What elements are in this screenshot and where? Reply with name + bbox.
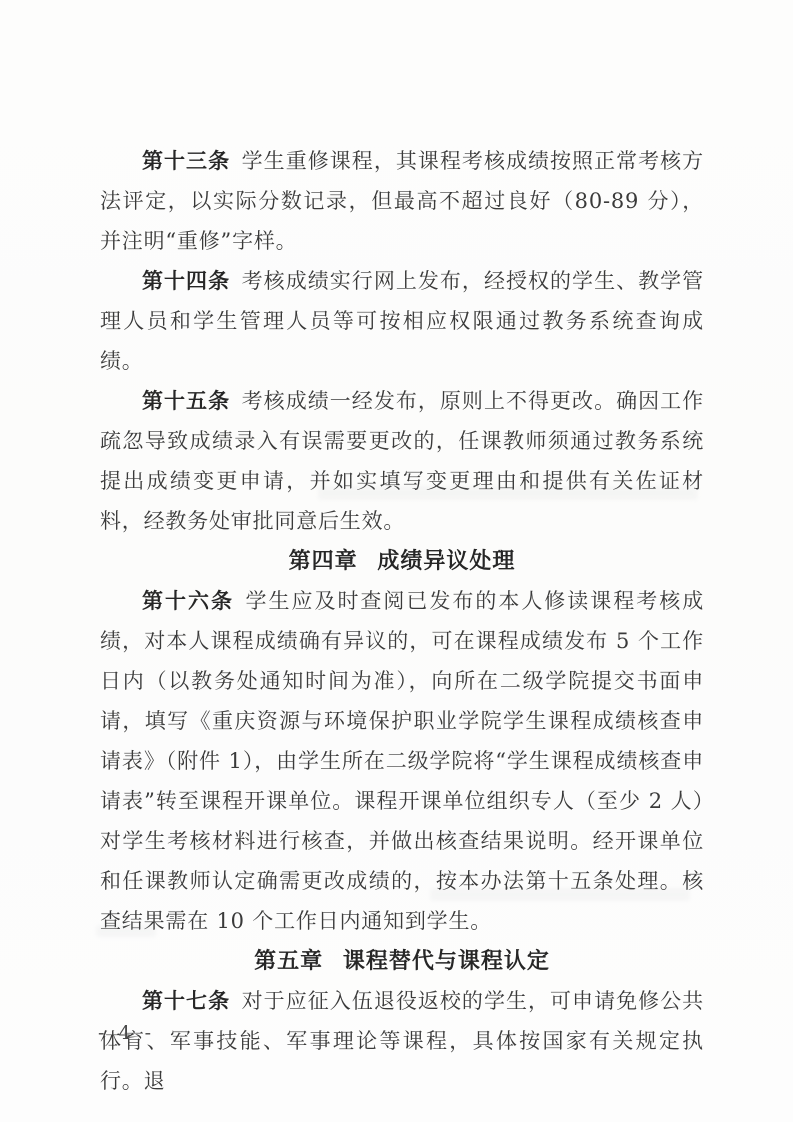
- document-page: 第十三条学生重修课程，其课程考核成绩按照正常考核方法评定，以实际分数记录，但最高…: [0, 0, 793, 1122]
- article-16-term: 第十六条: [142, 588, 234, 613]
- chapter-4-number: 第四章: [289, 548, 358, 573]
- page-content: 第十三条学生重修课程，其课程考核成绩按照正常考核方法评定，以实际分数记录，但最高…: [100, 141, 704, 1101]
- article-17: 第十七条对于应征入伍退役返校的学生，可申请免修公共体育、军事技能、军事理论等课程…: [100, 981, 704, 1101]
- article-16-body: 学生应及时查阅已发布的本人修读课程考核成绩，对本人课程成绩确有异议的，可在课程成…: [100, 589, 704, 933]
- chapter-4-title: 成绩异议处理: [377, 548, 515, 573]
- scan-bleedthrough-artifact: [96, 925, 156, 937]
- article-14-term: 第十四条: [142, 268, 230, 293]
- chapter-4-heading: 第四章成绩异议处理: [100, 541, 704, 581]
- scan-bleedthrough-artifact: [318, 486, 698, 500]
- article-15: 第十五条考核成绩一经发布，原则上不得更改。确因工作疏忽导致成绩录入有误需要更改的…: [100, 381, 704, 541]
- page-number: - 4 -: [98, 1022, 155, 1044]
- scan-bleedthrough-artifact: [430, 888, 690, 901]
- chapter-5-heading: 第五章课程替代与课程认定: [100, 941, 704, 981]
- chapter-5-title: 课程替代与课程认定: [343, 948, 550, 973]
- article-13: 第十三条学生重修课程，其课程考核成绩按照正常考核方法评定，以实际分数记录，但最高…: [100, 141, 704, 261]
- chapter-5-number: 第五章: [254, 948, 323, 973]
- article-15-term: 第十五条: [142, 388, 230, 413]
- article-14: 第十四条考核成绩实行网上发布，经授权的学生、教学管理人员和学生管理人员等可按相应…: [100, 261, 704, 381]
- article-17-term: 第十七条: [142, 988, 230, 1013]
- article-13-term: 第十三条: [142, 148, 230, 173]
- article-16: 第十六条学生应及时查阅已发布的本人修读课程考核成绩，对本人课程成绩确有异议的，可…: [100, 581, 704, 941]
